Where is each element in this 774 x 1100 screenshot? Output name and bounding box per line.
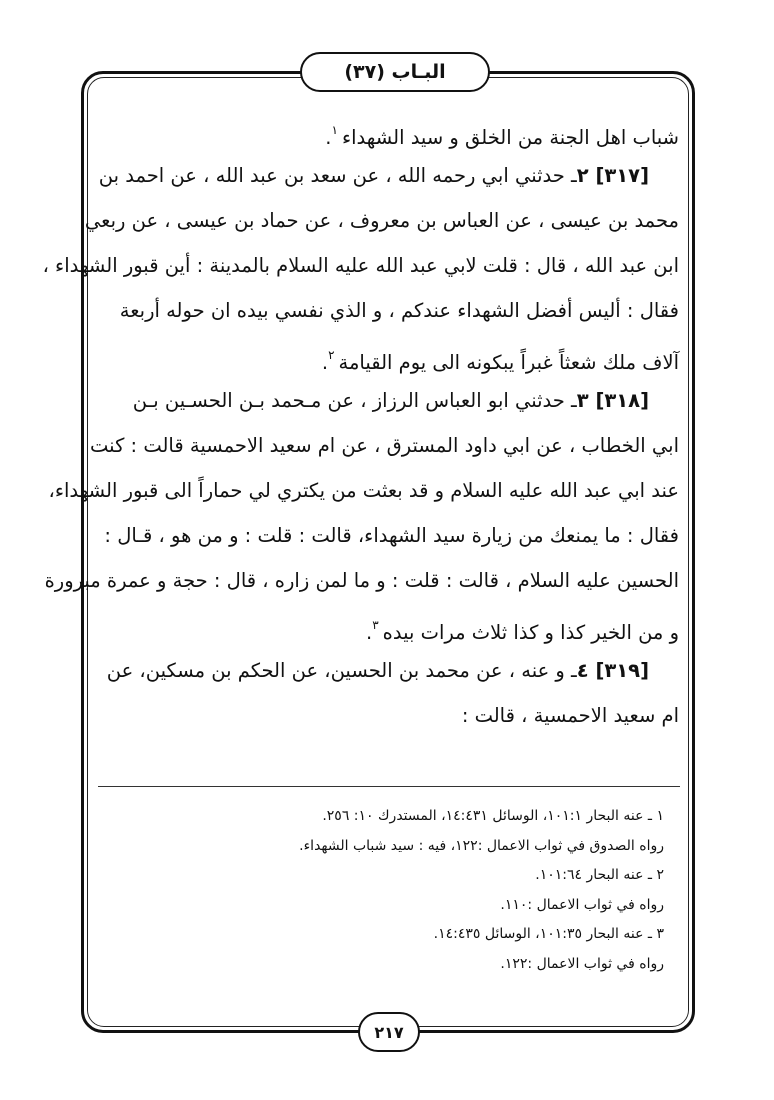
line-text: ـ و عنه ، عن محمد بن الحسين، عن الحكم بن… [107,659,577,682]
line-text: الحسين عليه السلام ، قالت : قلت : و ما ل… [45,569,679,592]
footnote-ref: ٣ [372,618,378,632]
text-line: فقال : ما يمنعك من زيارة سيد الشهداء، قا… [100,513,679,558]
text-line: فقال : أليس أفضل الشهداء عندكم ، و الذي … [100,288,679,333]
chapter-header: البـاب (٣٧) [300,52,490,92]
text-line: و من الخير كذا و كذا ثلاث مرات بيده٣. [100,603,679,648]
hadith-number: [٣١٧] ٢ [577,164,649,187]
footnote-separator [98,786,680,787]
text-line: الحسين عليه السلام ، قالت : قلت : و ما ل… [100,558,679,603]
chapter-title: البـاب (٣٧) [344,61,445,83]
footnote-line: ٢ ـ عنه البحار ١٠١:٦٤. [100,861,664,891]
footnote-line: ١ ـ عنه البحار ١٠١:١، الوسائل ١٤:٤٣١، ال… [100,802,664,832]
hadith-number: [٣١٩] ٤ [577,659,649,682]
hadith-line: [٣١٨] ٣ـ حدثني ابو العباس الرزاز ، عن مـ… [100,378,679,423]
line-text: ابن عبد الله ، قال : قلت لابي عبد الله ع… [43,254,679,277]
footnotes: ١ ـ عنه البحار ١٠١:١، الوسائل ١٤:٤٣١، ال… [100,802,664,979]
hadith-line: [٣١٩] ٤ـ و عنه ، عن محمد بن الحسين، عن ا… [100,648,679,693]
footnote-ref: ١ [331,123,337,137]
line-text: شباب اهل الجنة من الخلق و سيد الشهداء [342,126,679,149]
line-text: ـ حدثني ابي رحمه الله ، عن سعد بن عبد ال… [99,164,577,187]
line-text: ـ حدثني ابو العباس الرزاز ، عن مـحمد بـن… [133,389,577,412]
text-line: ام سعيد الاحمسية ، قالت : [100,693,679,738]
line-text: آلاف ملك شعثاً غبراً يبكونه الى يوم القي… [339,351,679,374]
line-text: محمد بن عيسى ، عن العباس بن معروف ، عن ح… [85,209,679,232]
text-line: محمد بن عيسى ، عن العباس بن معروف ، عن ح… [100,198,679,243]
line-text: عند ابي عبد الله عليه السلام و قد بعثت م… [49,479,679,502]
hadith-number: [٣١٨] ٣ [577,389,649,412]
footnote-line: رواه في ثواب الاعمال :١١٠. [100,891,664,921]
text-line: ابن عبد الله ، قال : قلت لابي عبد الله ع… [100,243,679,288]
text-line: شباب اهل الجنة من الخلق و سيد الشهداء١. [100,108,679,153]
footnote-line: ٣ ـ عنه البحار ١٠١:٣٥، الوسائل ١٤:٤٣٥. [100,920,664,950]
text-line: عند ابي عبد الله عليه السلام و قد بعثت م… [100,468,679,513]
line-text: ام سعيد الاحمسية ، قالت : [462,704,679,727]
hadith-line: [٣١٧] ٢ـ حدثني ابي رحمه الله ، عن سعد بن… [100,153,679,198]
line-text: فقال : ما يمنعك من زيارة سيد الشهداء، قا… [104,524,679,547]
text-line: ابي الخطاب ، عن ابي داود المسترق ، عن ام… [100,423,679,468]
footnote-line: رواه الصدوق في ثواب الاعمال :١٢٢، فيه : … [100,832,664,862]
line-text: ابي الخطاب ، عن ابي داود المسترق ، عن ام… [90,434,679,457]
main-text: شباب اهل الجنة من الخلق و سيد الشهداء١. … [100,108,679,738]
footnote-line: رواه في ثواب الاعمال :١٢٢. [100,950,664,980]
line-text: فقال : أليس أفضل الشهداء عندكم ، و الذي … [120,299,679,322]
footnote-ref: ٢ [328,348,334,362]
page-number: ٢١٧ [374,1023,403,1042]
line-text: و من الخير كذا و كذا ثلاث مرات بيده [383,621,679,644]
text-line: آلاف ملك شعثاً غبراً يبكونه الى يوم القي… [100,333,679,378]
page-number-badge: ٢١٧ [358,1012,420,1052]
